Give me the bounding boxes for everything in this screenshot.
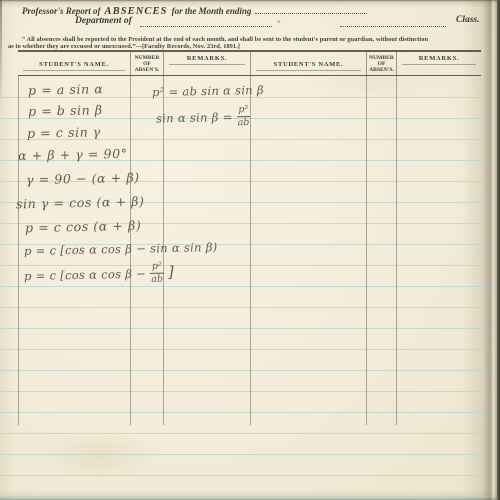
absence-table-header: STUDENT'S NAME. NUMBER OF ABSEN'S. REMAR… [18,50,481,76]
class-label: Class. [456,15,480,25]
column-header-student-name-1: STUDENT'S NAME. [18,52,130,75]
table-column-rule [250,76,251,425]
fraction: p²ab [236,105,250,127]
handwritten-formula-1: p = a sin α [28,81,104,98]
table-column-rule [366,76,367,425]
handwritten-formula-10: p² = ab sin α sin β [152,83,264,99]
handwritten-formula-3: p = c sin γ [27,124,101,141]
handwritten-formula-4: α + β + γ = 90° [18,146,128,163]
page-top-edge [0,0,497,2]
form-title-suffix: for the Month ending [172,6,252,16]
ruled-lines [0,77,494,498]
table-column-rule [396,76,397,425]
page-left-edge [0,0,2,110]
department-label: Department of [75,16,132,26]
form-title-prefix: Professor's Report of [22,6,101,16]
right-edge-fold [483,0,497,500]
handwritten-formula-2: p = b sin β [28,102,103,119]
column-header-student-name-2: STUDENT'S NAME. [250,52,366,75]
notice-text: “ All absences shall be reported to the … [8,37,486,50]
handwritten-formula-11: sin α sin β = p²ab [156,105,251,129]
month-ending-blank-line [255,4,367,14]
handwritten-formula-9: p = c [cos α cos β − p²ab ] [24,261,175,286]
column-header-number-absences-1: NUMBER OF ABSEN'S. [130,52,163,75]
handwritten-formula-6: sin γ = cos (α + β) [16,194,145,212]
column-header-remarks-2: REMARKS. [396,52,481,75]
fraction: p²ab [150,262,164,284]
column-header-number-absences-2: NUMBER OF ABSEN'S. [366,52,396,75]
handwritten-formula-7: p = c cos (α + β) [25,218,142,235]
department-blank-line [140,17,272,27]
column-header-remarks-1: REMARKS. [163,52,250,75]
table-column-rule [18,76,19,425]
plus-mark: + [277,18,281,26]
handwritten-formula-5: γ = 90 − (α + β) [26,170,140,187]
department-blank-line-2 [340,17,446,27]
